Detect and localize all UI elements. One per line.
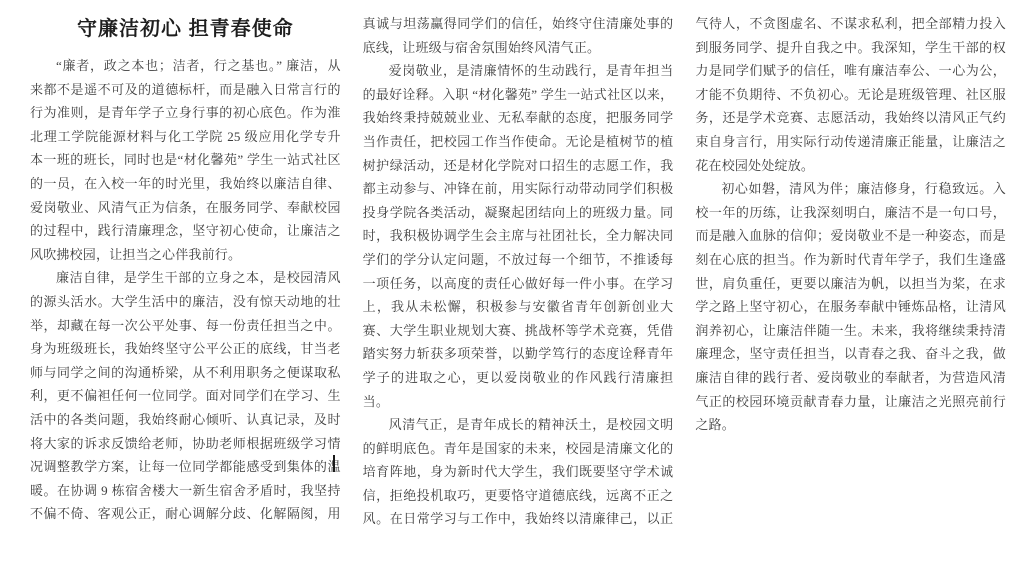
essay-title[interactable]: 守廉洁初心 担青春使命	[30, 16, 341, 42]
essay-paragraph-5[interactable]: 初心如磐，清风为伴；廉洁修身，行稳致远。入校一年的历练，让我深刻明白，廉洁不是一…	[695, 177, 1006, 437]
essay-paragraph-3[interactable]: 爱岗敬业，是清廉情怀的生动践行，是青年担当的最好诠释。入职 “材化馨苑” 学生一…	[363, 59, 674, 413]
text-cursor	[333, 455, 335, 472]
essay-text-area[interactable]: 守廉洁初心 担青春使命 “廉者，政之本也；洁者，行之基也。” 廉洁，从来都不是遥…	[0, 0, 1024, 561]
document-page: 守廉洁初心 担青春使命 “廉者，政之本也；洁者，行之基也。” 廉洁，从来都不是遥…	[0, 0, 1024, 561]
essay-paragraph-1[interactable]: “廉者，政之本也；洁者，行之基也。” 廉洁，从来都不是遥不可及的道德标杆，而是融…	[30, 54, 341, 266]
